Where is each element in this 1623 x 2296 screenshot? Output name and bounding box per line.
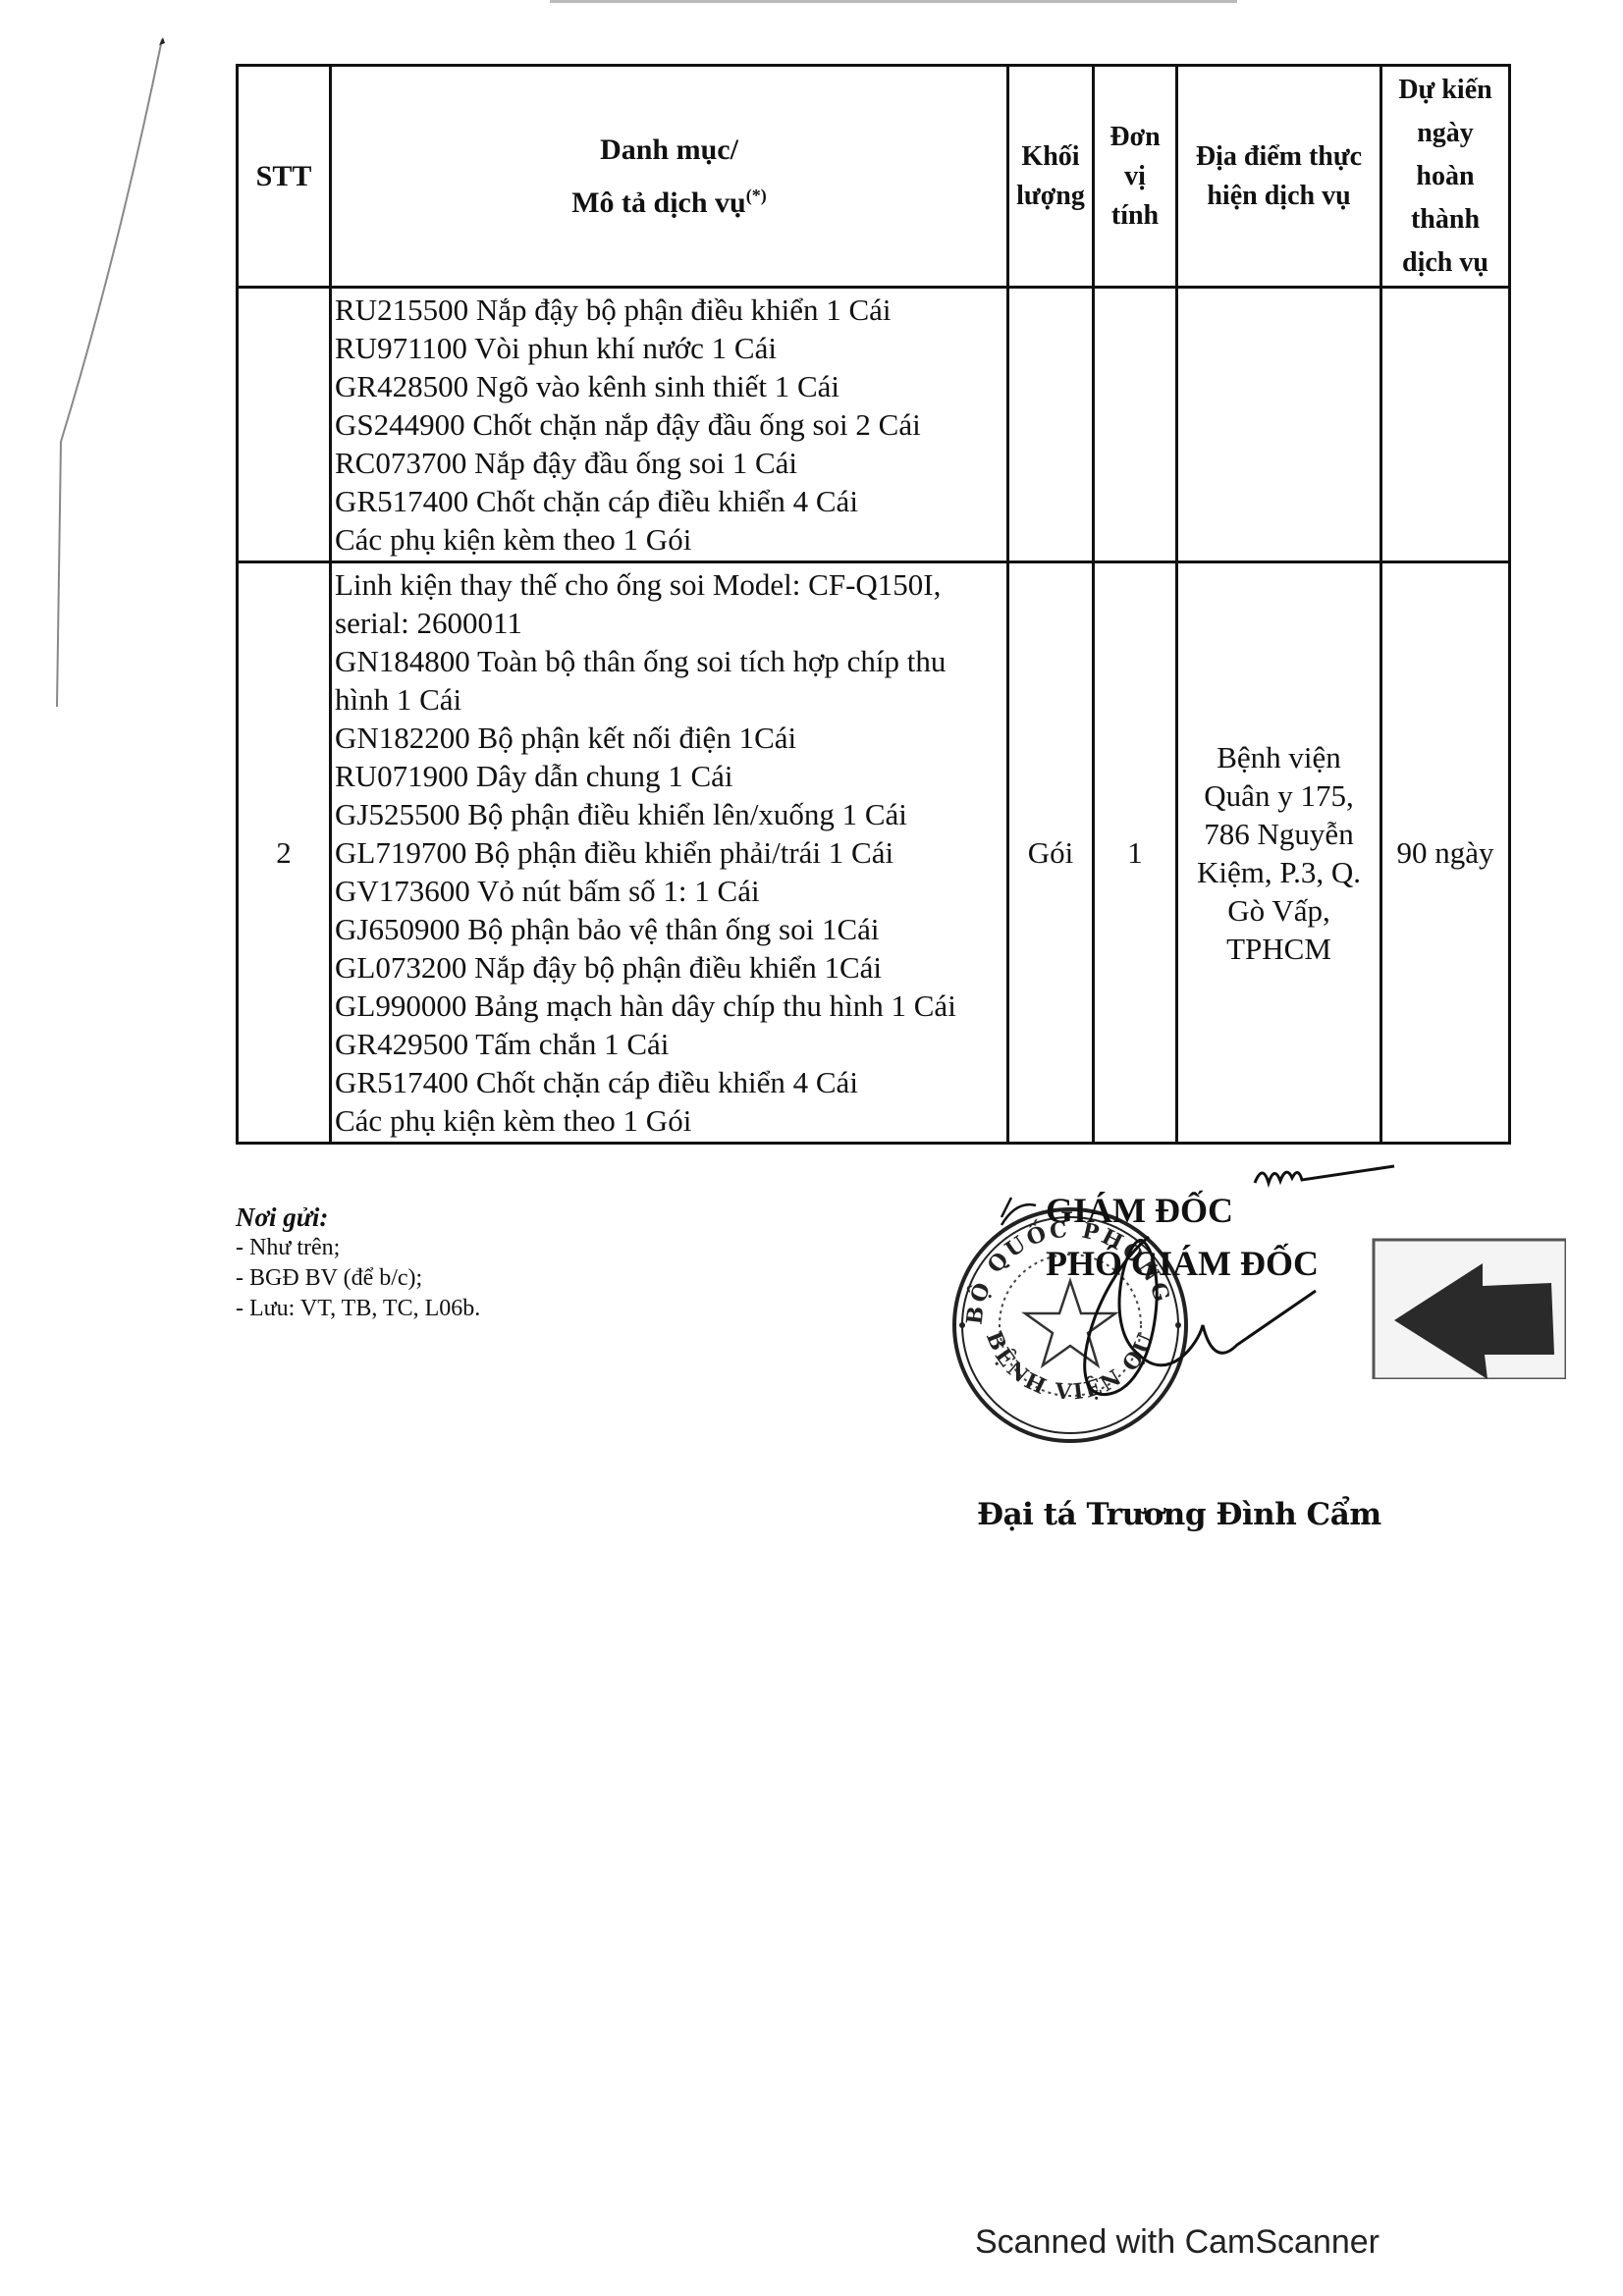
header-desc-footnote: (*) xyxy=(746,186,767,205)
table-row: RU215500 Nắp đậy bộ phận điều khiển 1 Cá… xyxy=(238,288,1510,562)
description-line: GR429500 Tấm chắn 1 Cái xyxy=(335,1025,1006,1063)
description-line: GJ525500 Bộ phận điều khiển lên/xuống 1 … xyxy=(335,795,1006,833)
description-line: RC073700 Nắp đậy đầu ống soi 1 Cái xyxy=(335,444,1006,482)
header-unit-line1: Đơn xyxy=(1109,122,1160,152)
recipients-label: Nơi gửi: xyxy=(236,1202,480,1233)
recipient-item: - BGĐ BV (để b/c); xyxy=(236,1263,480,1294)
title-director: GIÁM ĐỐC xyxy=(1046,1190,1233,1231)
recipient-item: - Lưu: VT, TB, TC, L06b. xyxy=(236,1294,480,1324)
description-line: Linh kiện thay thế cho ống soi Model: CF… xyxy=(335,565,1006,642)
cell-location xyxy=(1177,288,1381,562)
header-stt: STT xyxy=(238,66,331,288)
cell-stt: 2 xyxy=(238,562,331,1144)
scan-top-edge xyxy=(550,0,1237,3)
header-due-line2: ngày xyxy=(1417,118,1474,148)
table-header-row: STT Danh mục/ Mô tả dịch vụ(*) Khối lượn… xyxy=(238,66,1510,288)
description-line: RU971100 Vòi phun khí nước 1 Cái xyxy=(335,329,1006,367)
header-loc-line1: Địa điểm thực xyxy=(1196,141,1362,172)
header-location: Địa điểm thực hiện dịch vụ xyxy=(1177,66,1381,288)
header-loc-line2: hiện dịch vụ xyxy=(1207,181,1350,211)
title-deputy-director: PHÓ GIÁM ĐỐC xyxy=(1046,1243,1319,1284)
signer-name: Đại tá Trương Đình Cẩm xyxy=(977,1497,1381,1532)
description-line: Các phụ kiện kèm theo 1 Gói xyxy=(335,520,1006,559)
header-description: Danh mục/ Mô tả dịch vụ(*) xyxy=(331,66,1008,288)
back-arrow-icon xyxy=(1370,1232,1566,1379)
header-due-line1: Dự kiến xyxy=(1398,75,1491,105)
recipients-block: Nơi gửi: - Như trên; - BGĐ BV (để b/c); … xyxy=(236,1202,480,1324)
header-due-line3: hoàn xyxy=(1416,161,1474,191)
description-line: GL990000 Bảng mạch hàn dây chíp thu hình… xyxy=(335,987,1006,1025)
description-line: RU071900 Dây dẫn chung 1 Cái xyxy=(335,757,1006,795)
header-unit: Đơn vị tính xyxy=(1094,66,1177,288)
description-line: GR517400 Chốt chặn cáp điều khiển 4 Cái xyxy=(335,1063,1006,1101)
header-unit-line3: tính xyxy=(1111,200,1159,231)
signature-block: BỘ QUỐC PHÒNG BỆNH VIỆN QUÂN Y GIÁM ĐỐC … xyxy=(943,1148,1414,1463)
description-line: GL073200 Nắp đậy bộ phận điều khiển 1Cái xyxy=(335,948,1006,987)
header-due: Dự kiến ngày hoàn thành dịch vụ xyxy=(1381,66,1510,288)
header-unit-line2: vị xyxy=(1124,161,1146,191)
description-line: GS244900 Chốt chặn nắp đậy đầu ống soi 2… xyxy=(335,405,1006,444)
description-line: GR428500 Ngõ vào kênh sinh thiết 1 Cái xyxy=(335,367,1006,405)
cell-unit: 1 xyxy=(1094,562,1177,1144)
description-line: GR517400 Chốt chặn cáp điều khiển 4 Cái xyxy=(335,482,1006,520)
header-quantity: Khối lượng xyxy=(1008,66,1094,288)
recipient-item: - Như trên; xyxy=(236,1233,480,1263)
header-qty-line1: Khối xyxy=(1021,141,1079,172)
cell-quantity: Gói xyxy=(1008,562,1094,1144)
cell-location: Bệnh viện Quân y 175, 786 Nguyễn Kiệm, P… xyxy=(1177,562,1381,1144)
description-line: GJ650900 Bộ phận bảo vệ thân ống soi 1Cá… xyxy=(335,910,1006,948)
header-desc-line1: Danh mục/ xyxy=(600,133,738,166)
cell-description: RU215500 Nắp đậy bộ phận điều khiển 1 Cá… xyxy=(331,288,1008,562)
cell-due: 90 ngày xyxy=(1381,562,1510,1144)
description-line: RU215500 Nắp đậy bộ phận điều khiển 1 Cá… xyxy=(335,291,1006,329)
header-due-line5: dịch vụ xyxy=(1402,247,1488,278)
description-line: GN182200 Bộ phận kết nối điện 1Cái xyxy=(335,719,1006,757)
header-qty-line2: lượng xyxy=(1016,181,1085,211)
description-line: GL719700 Bộ phận điều khiển phải/trái 1 … xyxy=(335,833,1006,872)
service-table: STT Danh mục/ Mô tả dịch vụ(*) Khối lượn… xyxy=(236,64,1511,1145)
cell-due xyxy=(1381,288,1510,562)
header-desc-line2: Mô tả dịch vụ xyxy=(571,187,746,219)
scan-edge-artifact xyxy=(0,0,196,707)
description-line: GN184800 Toàn bộ thân ống soi tích hợp c… xyxy=(335,642,1006,719)
cell-unit xyxy=(1094,288,1177,562)
cell-quantity xyxy=(1008,288,1094,562)
description-line: GV173600 Vỏ nút bấm số 1: 1 Cái xyxy=(335,872,1006,910)
header-stt-text: STT xyxy=(256,160,312,192)
header-due-line4: thành xyxy=(1411,204,1480,235)
camscanner-watermark: Scanned with CamScanner xyxy=(975,2223,1380,2262)
cell-stt xyxy=(238,288,331,562)
description-line: Các phụ kiện kèm theo 1 Gói xyxy=(335,1101,1006,1140)
table-row: 2 Linh kiện thay thế cho ống soi Model: … xyxy=(238,562,1510,1144)
cell-description: Linh kiện thay thế cho ống soi Model: CF… xyxy=(331,562,1008,1144)
